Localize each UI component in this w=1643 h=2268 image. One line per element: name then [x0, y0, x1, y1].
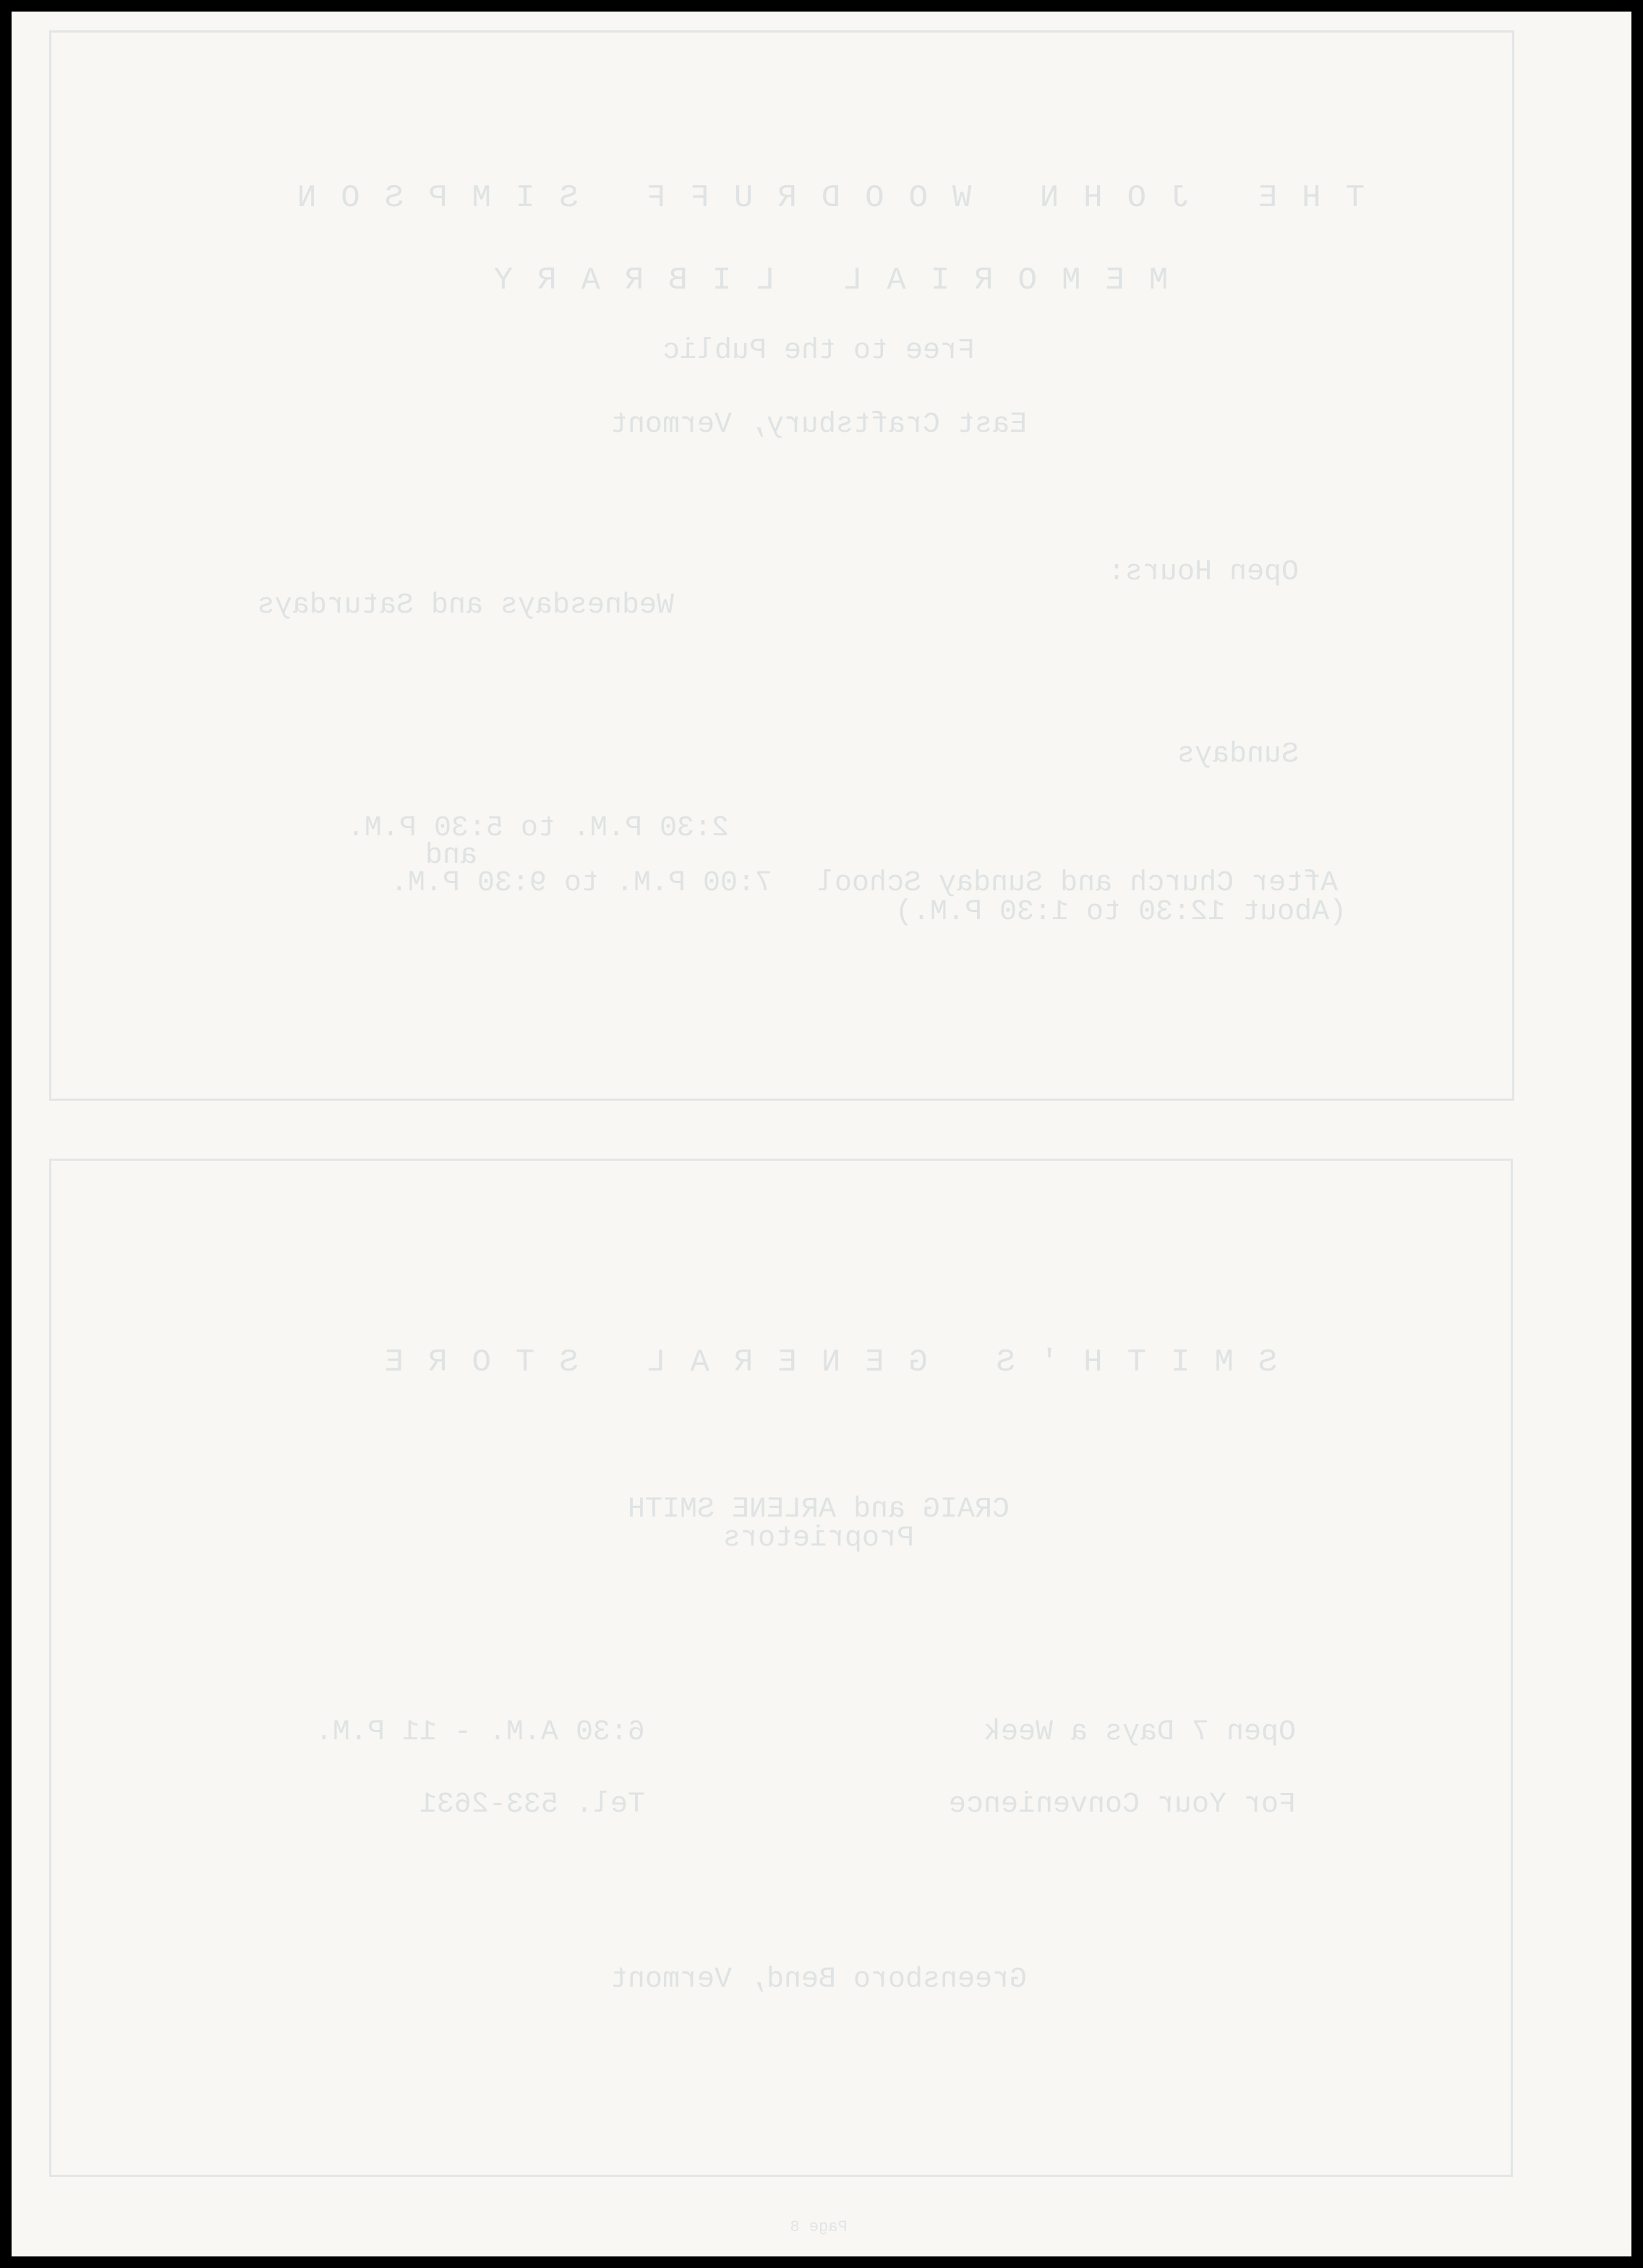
library-location: East Craftsbury, Vermont [139, 409, 1498, 441]
store-location: Greensboro Bend, Vermont [139, 1964, 1498, 1996]
sunday-hours-line1: 2:30 P.M. to 5:30 P.M. [347, 813, 729, 845]
sunday-hours-line2: 7:00 P.M. to 9:30 P.M. [391, 868, 772, 900]
store-open-line: Open 7 Days a Week [983, 1717, 1296, 1749]
store-owners-role: Proprietors [139, 1523, 1498, 1555]
sundays-label: Sundays [1177, 739, 1299, 771]
store-open-hours: 6:30 A.M. - 11 P.M. [315, 1717, 645, 1749]
page-number: Page 8 [139, 2212, 1498, 2243]
library-title-line2: MEMORIAL LIBRARY [139, 265, 1498, 297]
library-title-line1: THE JOHN WOODRUFF SIMPSON [139, 182, 1498, 214]
after-church-time: (About 12:30 to 1:30 P.M.) [895, 897, 1347, 929]
store-title: SMITH'S GENERAL STORE [139, 1347, 1498, 1378]
library-subtitle: Free to the Public [139, 336, 1498, 367]
store-owners: CRAIG and ARLENE SMITH [139, 1494, 1498, 1526]
store-phone: Tel. 533-2631 [419, 1789, 645, 1821]
after-church-label: After Church and Sunday School [817, 868, 1338, 900]
mirrored-bleedthrough-layer: THE JOHN WOODRUFF SIMPSON MEMORIAL LIBRA… [0, 0, 1643, 2268]
store-convenience: For Your Convenience [949, 1789, 1296, 1821]
open-hours-label: Open Hours: [1108, 557, 1299, 589]
open-days: Wednesdays and Saturdays [257, 590, 674, 622]
store-card-frame [49, 1159, 1513, 2177]
